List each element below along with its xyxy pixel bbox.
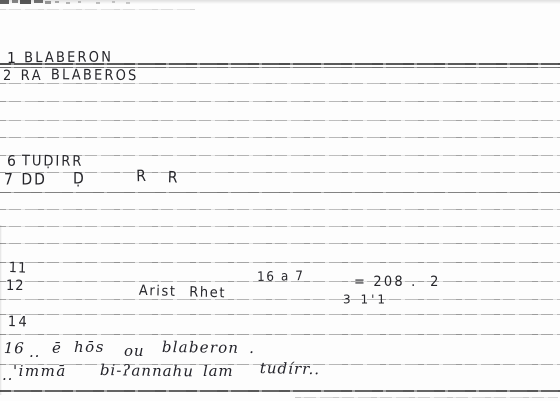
scan-edge-mark — [126, 2, 130, 4]
gloss2-imma: 'immā — [13, 364, 67, 379]
entry-sub-311: 3 1'1 — [343, 293, 388, 306]
gloss-blaberon: blaberon . — [162, 340, 255, 356]
gloss2-biannahu: bi-ʔannahu — [100, 363, 194, 379]
scan-edge-mark — [45, 1, 51, 4]
gloss-hos: hōs — [74, 340, 105, 355]
scan-edge-mark — [34, 0, 43, 3]
ruled-line — [0, 192, 560, 193]
ruled-line — [0, 9, 195, 10]
scan-top-shadow — [0, 0, 560, 4]
entry-7-letter-r1: R — [136, 169, 148, 185]
ruled-line — [295, 397, 558, 398]
entry-7-letter-r2: R — [168, 170, 180, 186]
scanned-card: 1 BLABERON 2 RA BLABEROS 6 TUḌIRR 7 DD Ḍ… — [0, 0, 560, 401]
entry-2-word-blaberos: BLABEROS — [51, 68, 139, 83]
entry-14-number: 14 — [8, 315, 30, 330]
gloss2-lam: lam — [203, 364, 233, 379]
entry-6-word-tudirr: TUḌIRR — [22, 154, 84, 169]
gloss2-dots: .. — [2, 368, 13, 383]
entry-7-number-dd: 7 DD — [4, 172, 47, 188]
ruled-line — [0, 101, 560, 102]
ruled-line — [0, 390, 560, 392]
scan-edge-mark — [112, 1, 115, 3]
ruled-line — [0, 314, 560, 315]
entry-arist-rhet-note: Arist Rhet — [139, 284, 227, 301]
ruled-line — [0, 209, 560, 210]
scan-edge-mark — [78, 1, 81, 3]
gloss-16-number: 16 — [4, 341, 25, 356]
ruled-line — [0, 120, 560, 121]
entry-11-number: 11 — [9, 261, 28, 276]
gloss-16-dots: .. — [29, 345, 40, 360]
ruled-line — [0, 155, 560, 156]
scan-edge-mark — [20, 0, 31, 4]
entry-1-number: 1 — [7, 51, 18, 66]
scan-edge-mark — [55, 1, 59, 3]
entry-2-number: 2 RA — [3, 69, 43, 83]
entry-12-number: 12 — [6, 279, 25, 293]
scan-edge-mark — [66, 2, 70, 4]
ruled-line — [0, 243, 560, 244]
entry-6-number: 6 — [7, 154, 18, 169]
ruled-line — [0, 299, 560, 300]
entry-ref-16a7: 16 a 7 — [257, 269, 305, 283]
entry-7-letter-d: Ḍ — [73, 171, 85, 187]
scan-edge-mark — [0, 0, 9, 4]
ruled-line — [0, 334, 560, 335]
scan-edge-mark — [12, 0, 18, 3]
gloss2-tudirr: tudírr.. — [260, 361, 321, 377]
entry-1-word-blaberon: BLABERON — [24, 50, 113, 65]
ruled-line — [0, 262, 560, 263]
gloss-e-macron: ē — [52, 341, 62, 356]
entry-calc-208-2: = 208 . 2 — [354, 275, 441, 289]
gloss-ou: ou — [124, 344, 144, 359]
ruled-line — [0, 226, 560, 227]
ruled-line — [0, 137, 560, 138]
scan-edge-mark — [96, 2, 100, 4]
